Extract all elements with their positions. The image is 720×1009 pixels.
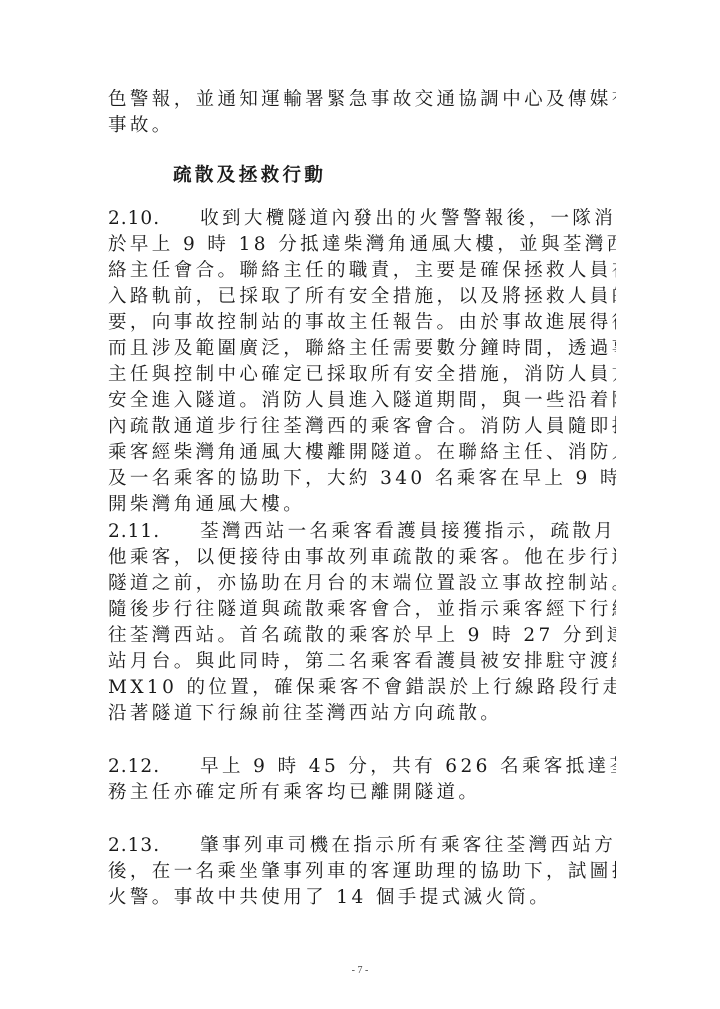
intro-paragraph: 色警報，並通知運輸署緊急事故交通協調中心及傳媒有關 事故。	[108, 87, 616, 139]
text-line: 開柴灣角通風大樓。	[108, 492, 616, 518]
text-line: 往荃灣西站。首名疏散的乘客於早上 9 時 27 分到達荃灣西	[108, 623, 616, 649]
text-line: 沿著隧道下行線前往荃灣西站方向疏散。	[108, 701, 616, 727]
paragraph-number: 2.12.	[108, 756, 160, 777]
section-heading: 疏散及拯救行動	[173, 163, 326, 189]
text-line: 2.13.肇事列車司機在指示所有乘客往荃灣西站方向疏散	[108, 833, 616, 859]
text-line: 2.10.收到大欖隧道內發出的火警警報後，一隊消防人員	[108, 206, 616, 232]
text-span: 肇事列車司機在指示所有乘客往荃灣西站方向疏散	[200, 835, 616, 856]
text-line: 色警報，並通知運輸署緊急事故交通協調中心及傳媒有關	[108, 87, 616, 113]
text-line: 於早上 9 時 18 分抵達柴灣角通風大樓，並與荃灣西站的聯	[108, 232, 616, 258]
text-line: 後，在一名乘坐肇事列車的客運助理的協助下，試圖撲滅	[108, 859, 616, 885]
paragraph-2-12: 2.12.早上 9 時 45 分，共有 626 名乘客抵達荃灣西站。客 務主任亦…	[108, 754, 616, 806]
text-line: 絡主任會合。聯絡主任的職責，主要是確保拯救人員在進	[108, 258, 616, 284]
text-line: 乘客經柴灣角通風大樓離開隧道。在聯絡主任、消防人員	[108, 440, 616, 466]
paragraph-number: 2.10.	[108, 208, 160, 229]
text-line: 及一名乘客的協助下，大約 340 名乘客在早上 9 時 44 分離	[108, 466, 616, 492]
text-line: 要，向事故控制站的事故主任報告。由於事故進展得很快，	[108, 310, 616, 336]
text-line: 務主任亦確定所有乘客均已離開隧道。	[108, 780, 616, 806]
text-line: 火警。事故中共使用了 14 個手提式滅火筒。	[108, 885, 616, 911]
text-line: 他乘客，以便接待由事故列車疏散的乘客。他在步行進入	[108, 545, 616, 571]
text-line: 事故。	[108, 113, 616, 139]
text-line: 而且涉及範圍廣泛，聯絡主任需要數分鐘時間，透過事故	[108, 336, 616, 362]
text-line: 站月台。與此同時，第二名乘客看護員被安排駐守渡線	[108, 649, 616, 675]
text-span: 荃灣西站一名乘客看護員接獲指示，疏散月台上其	[200, 521, 616, 542]
paragraph-2-11: 2.11.荃灣西站一名乘客看護員接獲指示，疏散月台上其 他乘客，以便接待由事故列…	[108, 519, 616, 727]
text-line: 隨後步行往隧道與疏散乘客會合，並指示乘客經下行線前	[108, 597, 616, 623]
text-line: 隧道之前，亦協助在月台的末端位置設立事故控制站。他	[108, 571, 616, 597]
text-line: 內疏散通道步行往荃灣西的乘客會合。消防人員隨即指示	[108, 414, 616, 440]
text-line: 安全進入隧道。消防人員進入隧道期間，與一些沿着隧道	[108, 388, 616, 414]
paragraph-2-13: 2.13.肇事列車司機在指示所有乘客往荃灣西站方向疏散 後，在一名乘坐肇事列車的…	[108, 833, 616, 911]
text-line: 入路軌前，已採取了所有安全措施，以及將拯救人員的需	[108, 284, 616, 310]
paragraph-number: 2.11.	[108, 521, 160, 542]
text-span: 早上 9 時 45 分，共有 626 名乘客抵達荃灣西站。客	[200, 756, 616, 777]
document-page: 色警報，並通知運輸署緊急事故交通協調中心及傳媒有關 事故。 疏散及拯救行動 2.…	[0, 0, 720, 1009]
text-line: 2.12.早上 9 時 45 分，共有 626 名乘客抵達荃灣西站。客	[108, 754, 616, 780]
text-line: 2.11.荃灣西站一名乘客看護員接獲指示，疏散月台上其	[108, 519, 616, 545]
paragraph-number: 2.13.	[108, 835, 160, 856]
text-line: 主任與控制中心確定已採取所有安全措施，消防人員方可	[108, 362, 616, 388]
text-line: MX10 的位置，確保乘客不會錯誤於上行線路段行走，必須	[108, 675, 616, 701]
text-span: 收到大欖隧道內發出的火警警報後，一隊消防人員	[200, 208, 616, 229]
page-number: - 7 -	[0, 965, 720, 976]
paragraph-2-10: 2.10.收到大欖隧道內發出的火警警報後，一隊消防人員 於早上 9 時 18 分…	[108, 206, 616, 518]
